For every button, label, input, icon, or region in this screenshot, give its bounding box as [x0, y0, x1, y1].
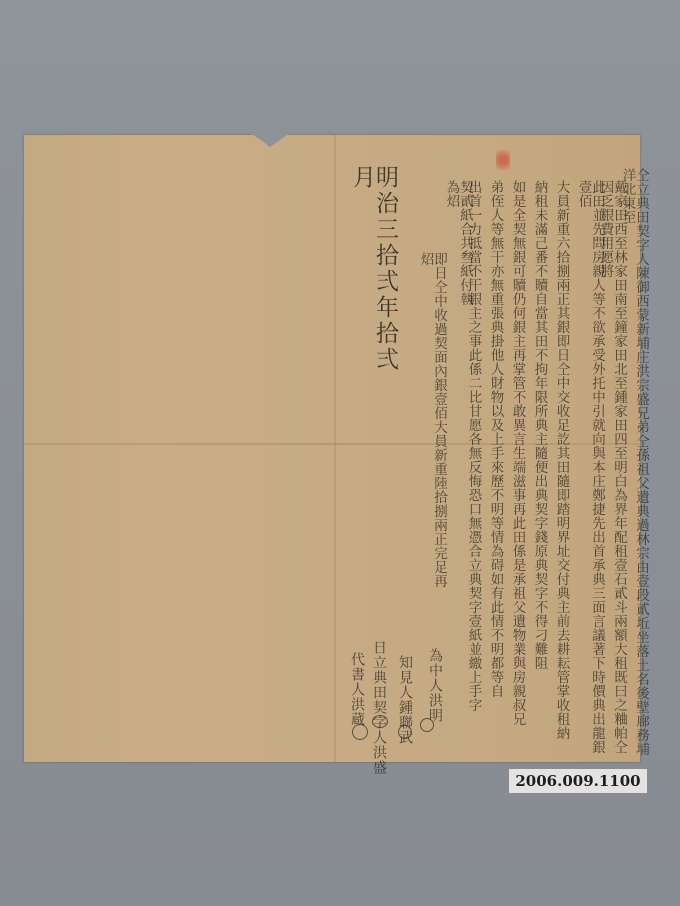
signature-role: 為中人 [427, 648, 443, 693]
date-line: 明治三拾弍年拾弍月 [350, 165, 396, 385]
body-column-4: 大員新重六拾捌兩正其銀即日仝中交收足訖其田隨即踏明界址交付典主前去耕耘管掌收租納 [554, 180, 568, 755]
body-column-5: 納租未滿己番不贖自當其田不拘年限所典主隨便出典契字錢原典契字不得刁難阻 [532, 180, 546, 755]
body-column-3: 此田並先問房親人等不欲承受外托中引就向與本庄鄭捷先出首承典三面言議著下時價典出龍… [576, 180, 603, 755]
signature-contractor: 日立典田契字人洪盛 [372, 640, 386, 775]
body-column-7: 弟侄人等無干亦無重張典掛他人財物以及上手來歷不明等情為碍如有此情不明都等自 [488, 180, 502, 755]
signature-role: 日立典田契字人 [371, 640, 387, 745]
signature-name: 洪蔵 [349, 697, 365, 727]
signature-middleman: 為中人洪明 [428, 648, 442, 723]
seal-scribe [352, 724, 368, 740]
signature-role: 知見人 [397, 655, 413, 700]
seal-middleman [420, 718, 434, 732]
body-column-6: 如是全契無銀可贖仍何銀主再掌管不敢異言生端滋事再此田係是承祖父遺物業與房親叔兄 [510, 180, 524, 755]
paper-tear [250, 133, 290, 147]
signature-name: 洪盛 [371, 745, 387, 775]
seal-contractor [372, 715, 388, 728]
seal-witness [398, 725, 412, 739]
red-seal-stamp [496, 150, 510, 170]
body-column-9: 契貳紙合共叁紙付執為炤 [444, 180, 471, 310]
receipt-line: 即日仝中收過契面內銀壹佰大員新重陸拾捌兩正完足再炤 [418, 252, 445, 597]
signature-role: 代書人 [349, 652, 365, 697]
catalog-number-label: 2006.009.1100 [509, 769, 647, 793]
signature-scribe: 代書人洪蔵 [350, 652, 364, 727]
